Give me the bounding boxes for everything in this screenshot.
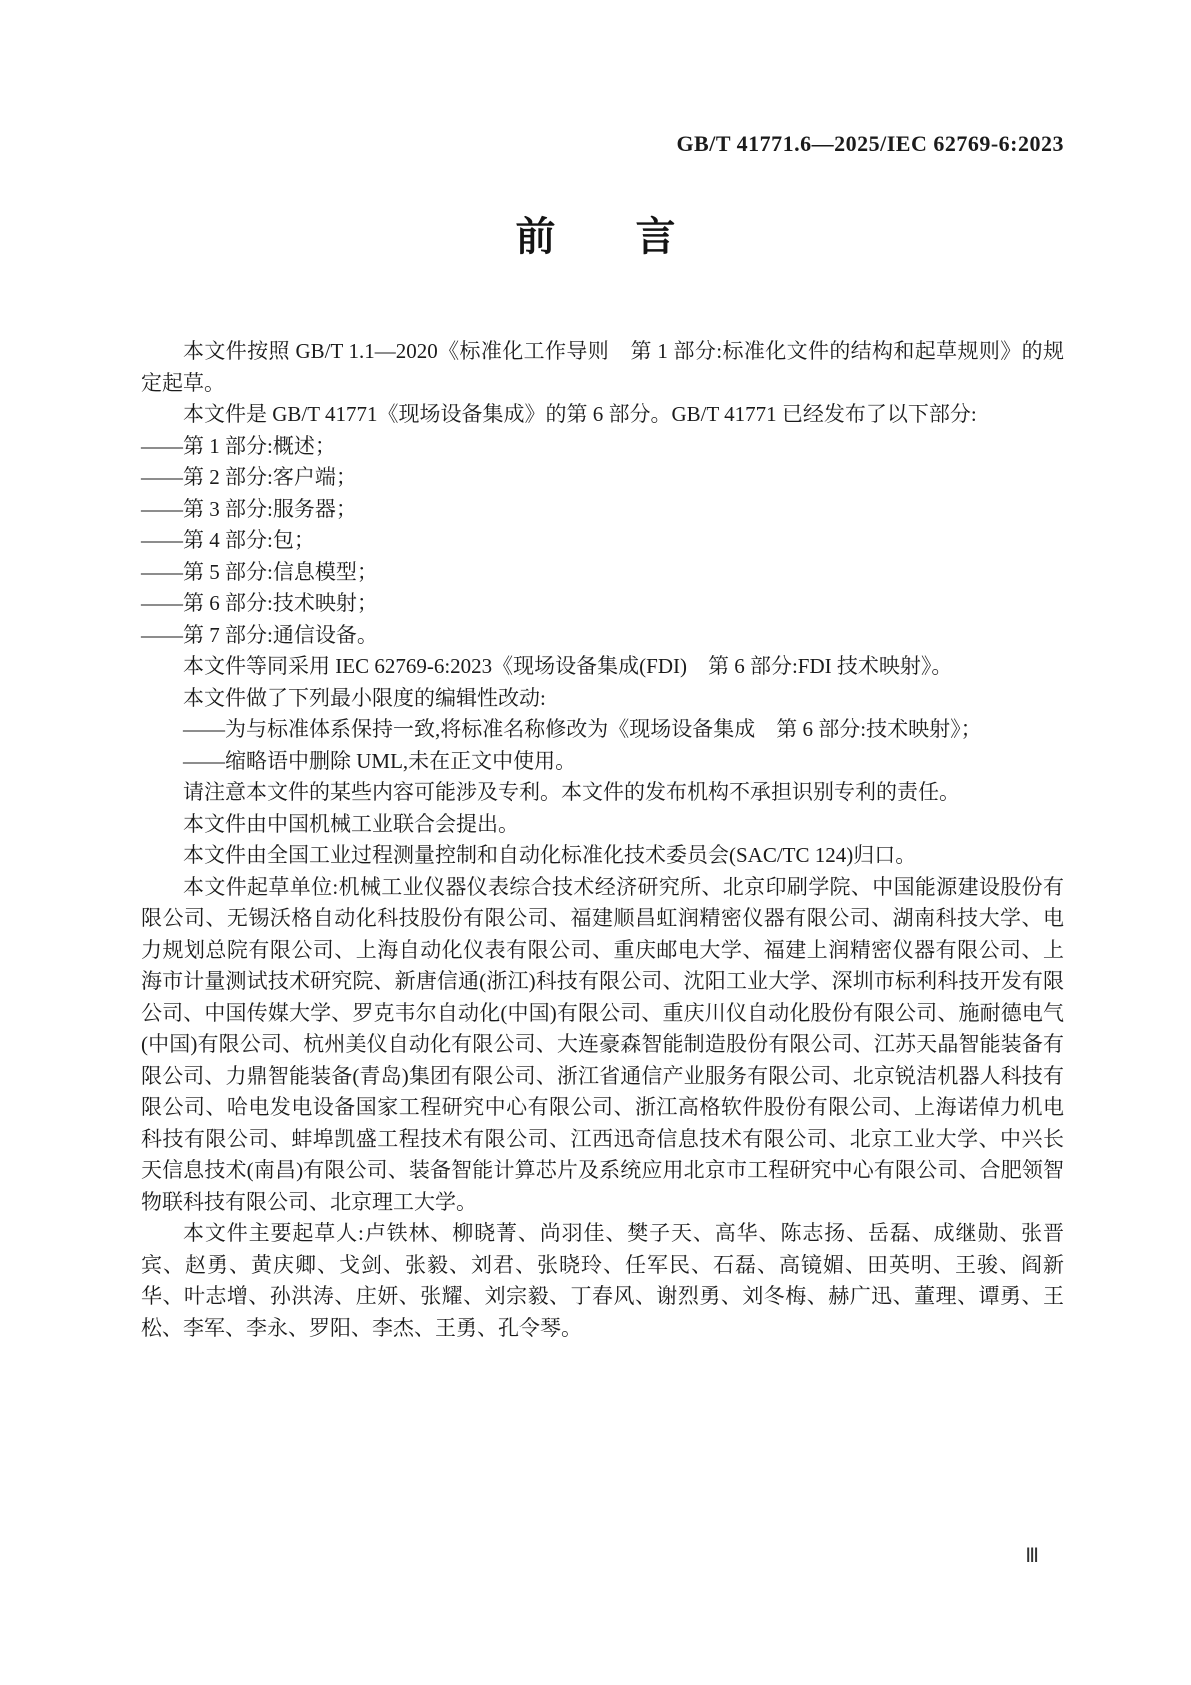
paragraph: 本文件由全国工业过程测量控制和自动化标准化技术委员会(SAC/TC 124)归口…: [141, 840, 1064, 872]
list-item: ——第 1 部分:概述；: [141, 431, 1064, 463]
list-item: ——缩略语中删除 UML,未在正文中使用。: [141, 746, 1064, 778]
paragraph: 请注意本文件的某些内容可能涉及专利。本文件的发布机构不承担识别专利的责任。: [141, 777, 1064, 809]
page-number: Ⅲ: [1025, 1543, 1039, 1568]
list-item: ——第 6 部分:技术映射；: [141, 588, 1064, 620]
list-item: ——第 4 部分:包；: [141, 525, 1064, 557]
paragraph: 本文件起草单位:机械工业仪器仪表综合技术经济研究所、北京印刷学院、中国能源建设股…: [141, 872, 1064, 1219]
paragraph: 本文件做了下列最小限度的编辑性改动:: [141, 683, 1064, 715]
paragraph: 本文件按照 GB/T 1.1—2020《标准化工作导则 第 1 部分:标准化文件…: [141, 336, 1064, 399]
standard-code: GB/T 41771.6—2025/IEC 62769-6:2023: [140, 131, 1064, 157]
list-item: ——第 2 部分:客户端；: [141, 462, 1064, 494]
list-item: ——为与标准体系保持一致,将标准名称修改为《现场设备集成 第 6 部分:技术映射…: [141, 714, 1064, 746]
foreword-content: 本文件按照 GB/T 1.1—2020《标准化工作导则 第 1 部分:标准化文件…: [141, 336, 1064, 1344]
paragraph: 本文件等同采用 IEC 62769-6:2023《现场设备集成(FDI) 第 6…: [141, 651, 1064, 683]
paragraph: 本文件主要起草人:卢铁林、柳晓菁、尚羽佳、樊子天、高华、陈志扬、岳磊、成继勋、张…: [141, 1218, 1064, 1344]
paragraph: 本文件由中国机械工业联合会提出。: [141, 809, 1064, 841]
page-title: 前 言: [0, 213, 1191, 261]
list-item: ——第 7 部分:通信设备。: [141, 620, 1064, 652]
document-page: GB/T 41771.6—2025/IEC 62769-6:2023 前 言 本…: [0, 0, 1191, 1685]
list-item: ——第 3 部分:服务器；: [141, 494, 1064, 526]
list-item: ——第 5 部分:信息模型；: [141, 557, 1064, 589]
paragraph: 本文件是 GB/T 41771《现场设备集成》的第 6 部分。GB/T 4177…: [141, 399, 1064, 431]
